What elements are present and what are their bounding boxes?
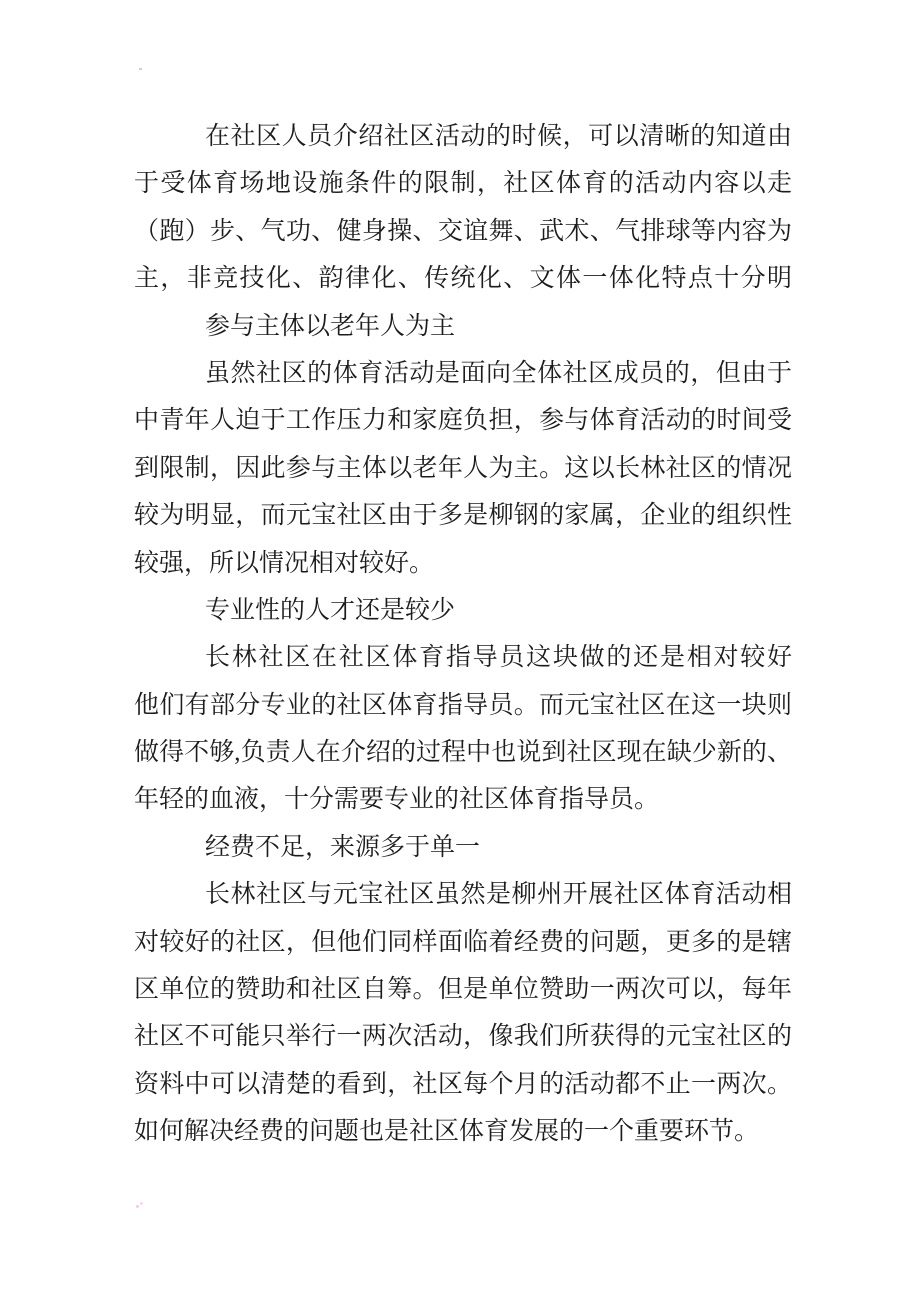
paragraph-line: 社区不可能只举行一两次活动，像我们所获得的元宝社区的 [134,1013,792,1060]
paragraph-line: 长林社区在社区体育指导员这块做的还是相对较好的， [134,634,792,681]
paragraph-line: 于受体育场地设施条件的限制，社区体育的活动内容以走 [134,160,792,207]
paragraph-line: 较强，所以情况相对较好。 [134,540,792,587]
paragraph-line: 虽然社区的体育活动是面向全体社区成员的，但由于 [134,350,792,397]
scan-speck [139,68,142,70]
paragraph-line: 年轻的血液，十分需要专业的社区体育指导员。 [134,776,792,823]
paragraph-line: 长林社区与元宝社区虽然是柳州开展社区体育活动相 [134,871,792,918]
paragraph-line: 较为明显，而元宝社区由于多是柳钢的家属，企业的组织性 [134,492,792,539]
paragraph-line: 他们有部分专业的社区体育指导员。而元宝社区在这一块则 [134,682,792,729]
paragraph-line: 区单位的赞助和社区自筹。但是单位赞助一两次可以，每年 [134,966,792,1013]
document-text-block: 在社区人员介绍社区活动的时候，可以清晰的知道由 于受体育场地设施条件的限制，社区… [134,113,792,1156]
section-heading: 专业性的人才还是较少 [134,587,792,634]
paragraph-line: 主，非竞技化、韵律化、传统化、文体一体化特点十分明显。 [134,255,792,302]
document-page: 在社区人员介绍社区活动的时候，可以清晰的知道由 于受体育场地设施条件的限制，社区… [0,0,920,1302]
paragraph-line: 如何解决经费的问题也是社区体育发展的一个重要环节。 [134,1108,792,1155]
paragraph-line: 对较好的社区，但他们同样面临着经费的问题，更多的是辖 [134,919,792,966]
paragraph-line: 中青年人迫于工作压力和家庭负担，参与体育活动的时间受 [134,397,792,444]
paragraph-line: 做得不够,负责人在介绍的过程中也说到社区现在缺少新的、 [134,729,792,776]
section-heading: 经费不足，来源多于单一 [134,824,792,871]
section-heading: 参与主体以老年人为主 [134,303,792,350]
paragraph-line: 在社区人员介绍社区活动的时候，可以清晰的知道由 [134,113,792,160]
paragraph-line: 资料中可以清楚的看到，社区每个月的活动都不止一两次。 [134,1061,792,1108]
scan-artifact-pink [136,1205,139,1208]
paragraph-line: 到限制，因此参与主体以老年人为主。这以长林社区的情况 [134,445,792,492]
paragraph-line: （跑）步、气功、健身操、交谊舞、武术、气排球等内容为 [134,208,792,255]
